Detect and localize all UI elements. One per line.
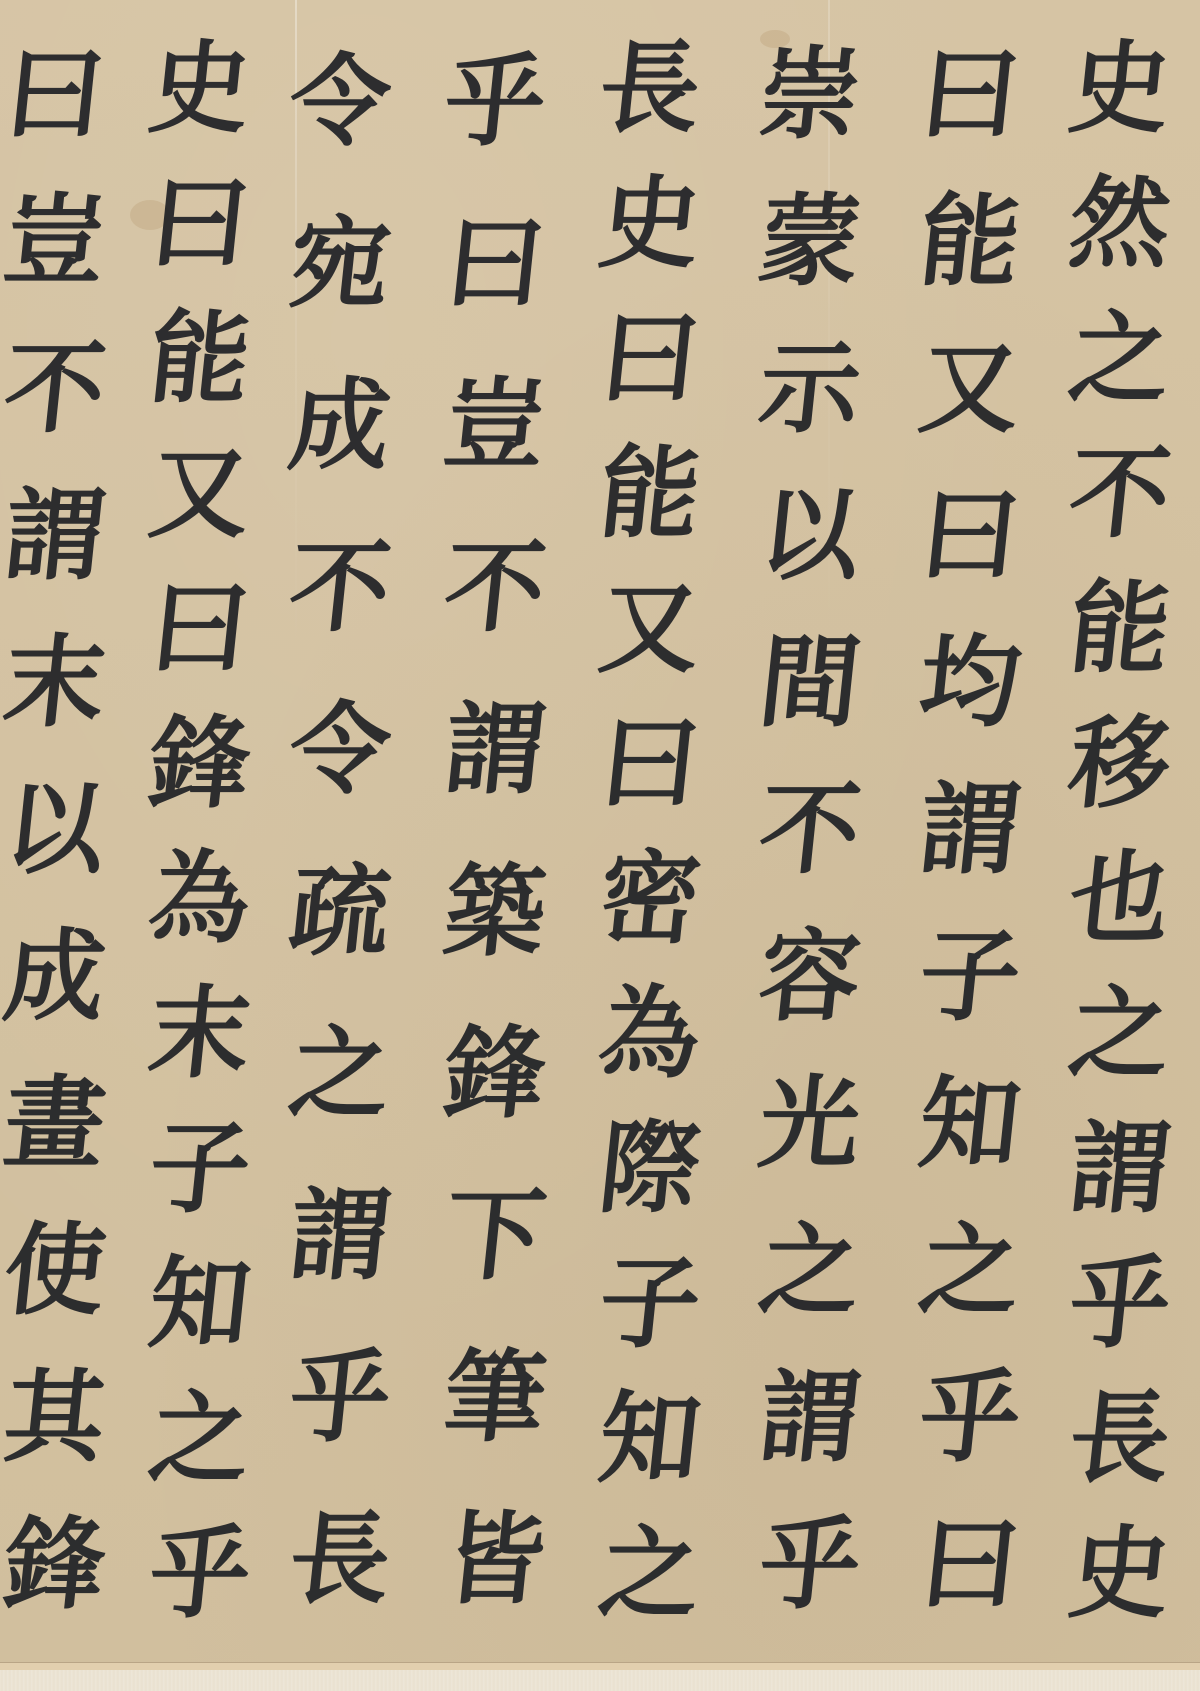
calligraphy-character: 能	[1063, 560, 1177, 695]
calligraphy-character: 能	[143, 290, 257, 425]
calligraphy-character: 其	[0, 1343, 113, 1490]
calligraphy-character: 密	[593, 830, 707, 965]
calligraphy-character: 移	[1063, 695, 1177, 830]
calligraphy-character: 不	[1063, 425, 1177, 560]
calligraphy-character: 又	[143, 425, 257, 560]
calligraphy-character: 容	[752, 902, 867, 1049]
calligraphy-character: 曰	[912, 1490, 1027, 1637]
calligraphy-character: 乎	[1063, 1235, 1177, 1370]
calligraphy-character: 豈	[436, 344, 553, 506]
calligraphy-character: 之	[1063, 290, 1177, 425]
calligraphy-character: 子	[593, 1235, 707, 1370]
calligraphy-character: 乎	[912, 1343, 1027, 1490]
calligraphy-character: 曰	[593, 695, 707, 830]
calligraphy-character: 長	[281, 1478, 398, 1640]
calligraphy-character: 崇	[752, 20, 867, 167]
calligraphy-character: 謂	[281, 1154, 398, 1316]
calligraphy-character: 能	[912, 167, 1027, 314]
calligraphy-character: 築	[436, 830, 553, 992]
calligraphy-character: 知	[593, 1370, 707, 1505]
calligraphy-character: 知	[912, 1049, 1027, 1196]
calligraphy-character: 謂	[0, 461, 113, 608]
calligraphy-character: 乎	[752, 1490, 867, 1637]
calligraphy-character: 末	[0, 608, 113, 755]
calligraphy-character: 疏	[281, 830, 398, 992]
calligraphy-character: 蒙	[752, 167, 867, 314]
calligraphy-character: 以	[752, 461, 867, 608]
calligraphy-character: 鋒	[143, 695, 257, 830]
calligraphy-character: 能	[593, 425, 707, 560]
calligraphy-character: 際	[593, 1100, 707, 1235]
calligraphy-character: 豈	[0, 167, 113, 314]
text-column-2: 曰能又曰均謂子知之乎曰	[895, 20, 1045, 1660]
text-column-8: 曰豈不謂末以成畫使其鋒	[0, 20, 130, 1660]
text-column-4: 長史曰能又曰密為際子知之	[575, 20, 725, 1660]
calligraphy-character: 之	[752, 1196, 867, 1343]
calligraphy-character: 乎	[436, 20, 553, 182]
calligraphy-character: 子	[143, 1100, 257, 1235]
calligraphy-character: 曰	[436, 182, 553, 344]
calligraphy-character: 皆	[436, 1478, 553, 1640]
text-column-6: 令宛成不令疏之謂乎長	[265, 20, 415, 1660]
calligraphy-character: 光	[752, 1049, 867, 1196]
text-column-3: 崇蒙示以間不容光之謂乎	[735, 20, 885, 1660]
calligraphy-character: 之	[281, 992, 398, 1154]
calligraphy-character: 不	[281, 506, 398, 668]
calligraphy-character: 末	[143, 965, 257, 1100]
calligraphy-character: 以	[0, 755, 113, 902]
calligraphy-scroll: 史然之不能移也之謂乎長史 曰能又曰均謂子知之乎曰 崇蒙示以間不容光之謂乎 長史曰…	[0, 0, 1200, 1691]
calligraphy-character: 曰	[912, 461, 1027, 608]
calligraphy-character: 不	[436, 506, 553, 668]
text-column-1: 史然之不能移也之謂乎長史	[1045, 20, 1195, 1660]
calligraphy-character: 示	[752, 314, 867, 461]
calligraphy-character: 然	[1063, 155, 1177, 290]
calligraphy-character: 乎	[281, 1316, 398, 1478]
calligraphy-character: 長	[593, 20, 707, 155]
calligraphy-character: 之	[1063, 965, 1177, 1100]
silk-border	[0, 1670, 1200, 1691]
calligraphy-character: 下	[436, 1154, 553, 1316]
calligraphy-character: 均	[912, 608, 1027, 755]
calligraphy-character: 令	[281, 20, 398, 182]
calligraphy-character: 之	[593, 1505, 707, 1640]
calligraphy-character: 謂	[436, 668, 553, 830]
calligraphy-character: 謂	[752, 1343, 867, 1490]
calligraphy-character: 不	[0, 314, 113, 461]
calligraphy-character: 令	[281, 668, 398, 830]
paper-surface: 史然之不能移也之謂乎長史 曰能又曰均謂子知之乎曰 崇蒙示以間不容光之謂乎 長史曰…	[0, 0, 1200, 1662]
calligraphy-character: 又	[593, 560, 707, 695]
calligraphy-character: 為	[593, 965, 707, 1100]
calligraphy-character: 筆	[436, 1316, 553, 1478]
calligraphy-character: 也	[1063, 830, 1177, 965]
calligraphy-character: 謂	[1063, 1100, 1177, 1235]
calligraphy-character: 史	[593, 155, 707, 290]
calligraphy-character: 長	[1063, 1370, 1177, 1505]
calligraphy-character: 之	[912, 1196, 1027, 1343]
calligraphy-character: 為	[143, 830, 257, 965]
calligraphy-character: 史	[1063, 20, 1177, 155]
calligraphy-character: 謂	[912, 755, 1027, 902]
calligraphy-character: 使	[0, 1196, 113, 1343]
calligraphy-character: 曰	[143, 560, 257, 695]
calligraphy-character: 曰	[912, 20, 1027, 167]
calligraphy-character: 畫	[0, 1049, 113, 1196]
calligraphy-character: 又	[912, 314, 1027, 461]
calligraphy-character: 曰	[593, 290, 707, 425]
calligraphy-character: 知	[143, 1235, 257, 1370]
calligraphy-character: 成	[0, 902, 113, 1049]
calligraphy-character: 成	[281, 344, 398, 506]
calligraphy-character: 子	[912, 902, 1027, 1049]
text-column-5: 乎曰豈不謂築鋒下筆皆	[420, 20, 570, 1660]
calligraphy-character: 不	[752, 755, 867, 902]
calligraphy-character: 曰	[143, 155, 257, 290]
calligraphy-character: 史	[143, 20, 257, 155]
calligraphy-character: 之	[143, 1370, 257, 1505]
calligraphy-character: 鋒	[0, 1490, 113, 1637]
text-column-7: 史曰能又曰鋒為末子知之乎	[125, 20, 275, 1660]
calligraphy-character: 鋒	[436, 992, 553, 1154]
calligraphy-character: 乎	[143, 1505, 257, 1640]
calligraphy-character: 宛	[281, 182, 398, 344]
calligraphy-character: 史	[1063, 1505, 1177, 1640]
calligraphy-character: 間	[752, 608, 867, 755]
calligraphy-character: 曰	[0, 20, 113, 167]
